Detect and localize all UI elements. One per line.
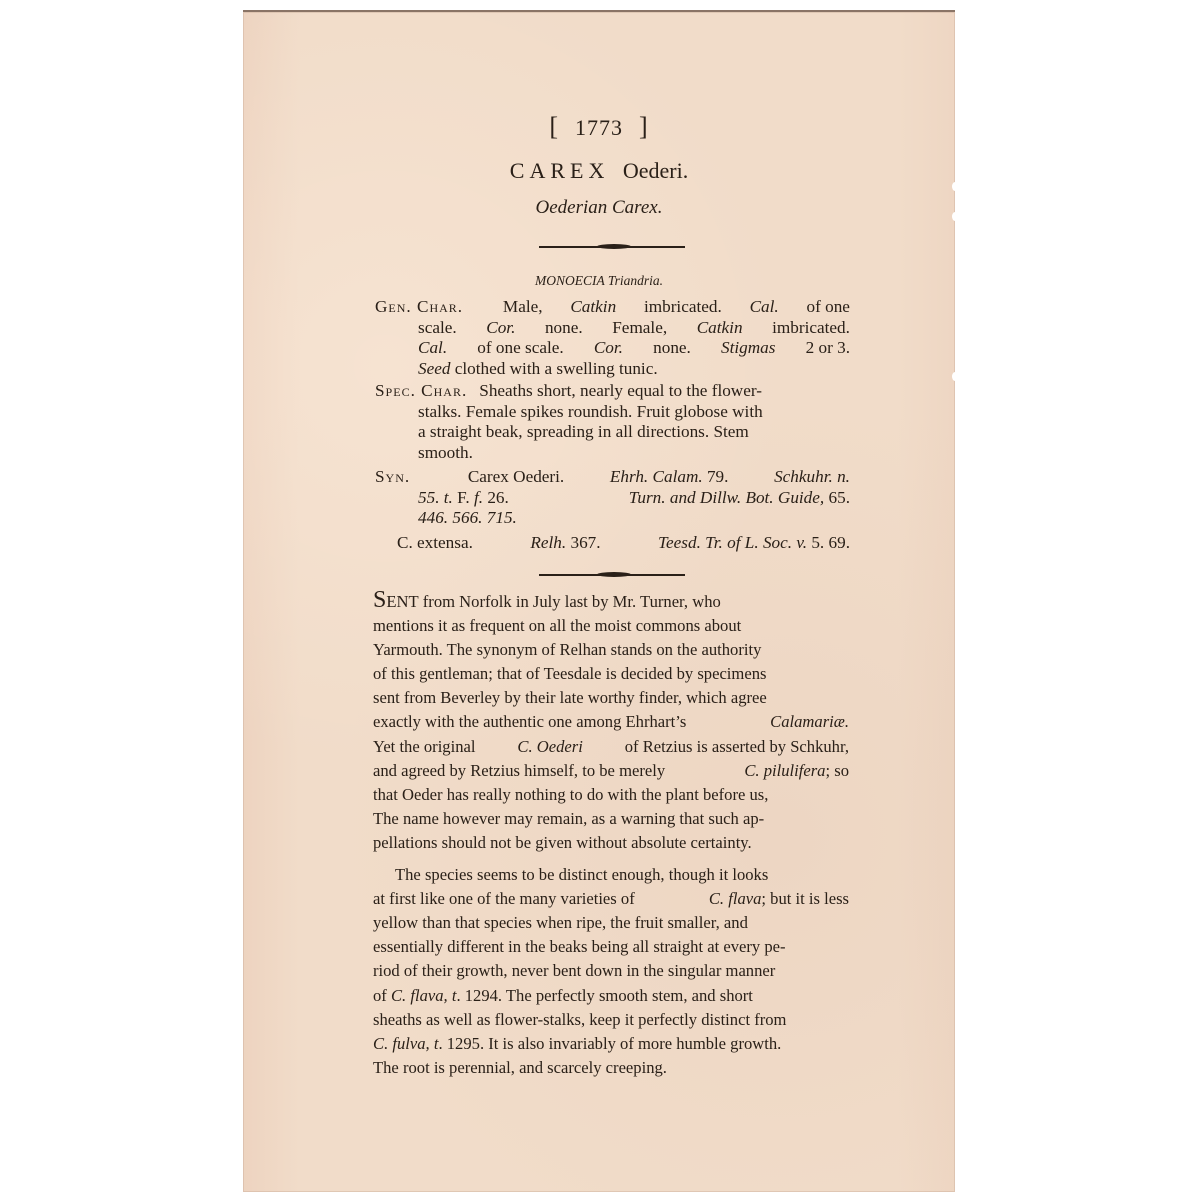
text: 367. — [570, 533, 600, 552]
text: of one scale. — [477, 338, 563, 359]
text: ; but it is less — [761, 889, 849, 908]
text: Yarmouth. The synonym of Relhan stands o… — [373, 638, 761, 662]
text: of — [373, 984, 387, 1008]
text: C. flava — [709, 889, 762, 908]
text: 5. 69. — [811, 533, 850, 552]
text: clothed with a swelling tunic. — [455, 359, 658, 380]
text: at first like one of the many varieties … — [373, 887, 635, 911]
common-name: Oederian Carex. — [243, 197, 955, 219]
paragraph-1-line: sent from Beverley by their late worthy … — [373, 686, 849, 710]
text: of this gentleman; that of Teesdale is d… — [373, 662, 766, 686]
descriptive-text: SENT from Norfolk in July last by Mr. Tu… — [373, 590, 849, 1080]
text: 2 or 3. — [806, 338, 850, 359]
synonym-extensa: C. extensa. Relh. 367. Teesd. Tr. of L. … — [397, 533, 850, 554]
paragraph-1-line: and agreed by Retzius himself, to be mer… — [373, 759, 849, 783]
text: scale. — [418, 318, 457, 339]
text: Turn. and Dillw. Bot. Guide, — [629, 488, 824, 507]
text: Ehrh. Calam. — [610, 467, 703, 486]
text: that Oeder has really nothing to do with… — [373, 783, 768, 807]
paragraph-1-line: that Oeder has really nothing to do with… — [373, 783, 849, 807]
paragraph-2-line: at first like one of the many varieties … — [373, 887, 849, 911]
text: 65. — [829, 488, 850, 507]
ornamental-divider — [539, 246, 685, 248]
page-edge-nick — [952, 372, 958, 381]
paragraph-1-line: of this gentleman; that of Teesdale is d… — [373, 662, 849, 686]
paragraph-1-line: The name however may remain, as a warnin… — [373, 807, 849, 831]
ornamental-divider — [539, 574, 685, 576]
text: C. Oederi — [517, 735, 582, 759]
paragraph-2-line: essentially different in the beaks being… — [373, 935, 849, 959]
text: . 1294. The perfectly smooth stem, and s… — [456, 984, 752, 1008]
synonymy: Syn. Carex Oederi. Ehrh. Calam. 79. Schk… — [375, 467, 850, 529]
text: C. pilulifera — [744, 761, 825, 780]
specific-character: Spec. Char. Sheaths short, nearly equal … — [375, 381, 850, 463]
text: C. extensa. — [397, 533, 473, 554]
text: sent from Beverley by their late worthy … — [373, 686, 767, 710]
plate-number: [1773] — [243, 112, 955, 142]
paragraph-1-line: Yarmouth. The synonym of Relhan stands o… — [373, 638, 849, 662]
paragraph-2-line: C. fulva, t. 1295. It is also invariably… — [373, 1032, 849, 1056]
paragraph-1-line: SENT from Norfolk in July last by Mr. Tu… — [373, 590, 849, 614]
text: smooth. — [418, 443, 473, 464]
text: Carex Oederi. — [468, 467, 564, 488]
text: Sheaths short, nearly equal to the flowe… — [479, 381, 762, 402]
text: ENT — [386, 592, 418, 611]
text: Relh. — [530, 533, 566, 552]
text: Yet the original — [373, 735, 475, 759]
text: imbricated. — [772, 318, 850, 339]
bracket-left: [ — [549, 112, 559, 142]
page-number-value: 1773 — [575, 115, 623, 140]
text: Cal. — [418, 338, 447, 359]
text: and agreed by Retzius himself, to be mer… — [373, 759, 665, 783]
text: Cor. — [594, 338, 623, 359]
text: ; so — [825, 761, 849, 780]
paragraph-1-line: exactly with the authentic one among Ehr… — [373, 710, 849, 734]
text: C. flava, t — [391, 984, 456, 1008]
text: 26. — [487, 488, 508, 507]
text: Male, — [503, 297, 543, 318]
text: The name however may remain, as a warnin… — [373, 807, 764, 831]
text: none. — [653, 338, 691, 359]
text: yellow than that species when ripe, the … — [373, 911, 748, 935]
text: a straight beak, spreading in all direct… — [418, 422, 749, 443]
text: sheaths as well as flower-stalks, keep i… — [373, 1008, 786, 1032]
paragraph-1-line: pellations should not be given without a… — [373, 831, 849, 855]
drop-cap: S — [373, 587, 386, 613]
paragraph-2-line: riod of their growth, never bent down in… — [373, 959, 849, 983]
paragraph-2-line: yellow than that species when ripe, the … — [373, 911, 849, 935]
text: of Retzius is asserted by Schkuhr, — [625, 735, 849, 759]
text: Catkin — [697, 318, 743, 339]
syn-label: Syn. — [375, 467, 410, 488]
text: Calamariæ. — [770, 710, 849, 734]
text: t. — [444, 488, 453, 507]
text: C. fulva, t — [373, 1032, 438, 1056]
text: Stigmas — [721, 338, 775, 359]
text: 55. — [418, 488, 439, 507]
text: of one — [807, 297, 850, 318]
text: Catkin — [570, 297, 616, 318]
book-page: [1773] CAREX Oederi. Oederian Carex. MON… — [243, 10, 955, 1192]
text: Seed — [418, 359, 450, 380]
text: Female, — [612, 318, 667, 339]
text: 79. — [707, 467, 728, 486]
paragraph-1-line: mentions it as frequent on all the moist… — [373, 614, 849, 638]
spec-char-label: Spec. Char. — [375, 381, 467, 402]
text: imbricated. — [644, 297, 722, 318]
bracket-right: ] — [639, 112, 649, 142]
text: none. — [545, 318, 583, 339]
text: essentially different in the beaks being… — [373, 935, 786, 959]
text: The root is perennial, and scarcely cree… — [373, 1056, 667, 1080]
text: F. — [457, 488, 469, 507]
text: exactly with the authentic one among Ehr… — [373, 710, 686, 734]
text: f. — [474, 488, 483, 507]
gen-char-label: Gen. Char. — [375, 297, 463, 318]
paragraph-2-line: sheaths as well as flower-stalks, keep i… — [373, 1008, 849, 1032]
linnaean-classification: MONOECIA Triandria. — [243, 273, 955, 289]
text: Schkuhr. n. — [774, 467, 850, 488]
text: Cal. — [750, 297, 779, 318]
paragraph-2-line: The species seems to be distinct enough,… — [373, 863, 849, 887]
text: mentions it as frequent on all the moist… — [373, 614, 741, 638]
species-title: CAREX Oederi. — [243, 158, 955, 184]
species-epithet: Oederi. — [623, 158, 688, 183]
text: The species seems to be distinct enough,… — [395, 863, 768, 887]
paragraph-1-line: Yet the originalC. Oederiof Retzius is a… — [373, 735, 849, 759]
text: pellations should not be given without a… — [373, 831, 752, 855]
text: Cor. — [486, 318, 515, 339]
paragraph-2-line: The root is perennial, and scarcely cree… — [373, 1056, 849, 1080]
text: 446. 566. 715. — [418, 508, 517, 529]
generic-character: Gen. Char. Male, Catkin imbricated. Cal.… — [375, 297, 850, 379]
text: riod of their growth, never bent down in… — [373, 959, 775, 983]
text: stalks. Female spikes roundish. Fruit gl… — [418, 402, 763, 423]
text: from Norfolk in July last by Mr. Turner,… — [419, 592, 721, 611]
text: Teesd. Tr. of L. Soc. v. — [658, 533, 807, 552]
genus-name: CAREX — [510, 158, 610, 183]
paragraph-2-line: of C. flava, t. 1294. The perfectly smoo… — [373, 984, 849, 1008]
text: . 1295. It is also invariably of more hu… — [438, 1032, 781, 1056]
